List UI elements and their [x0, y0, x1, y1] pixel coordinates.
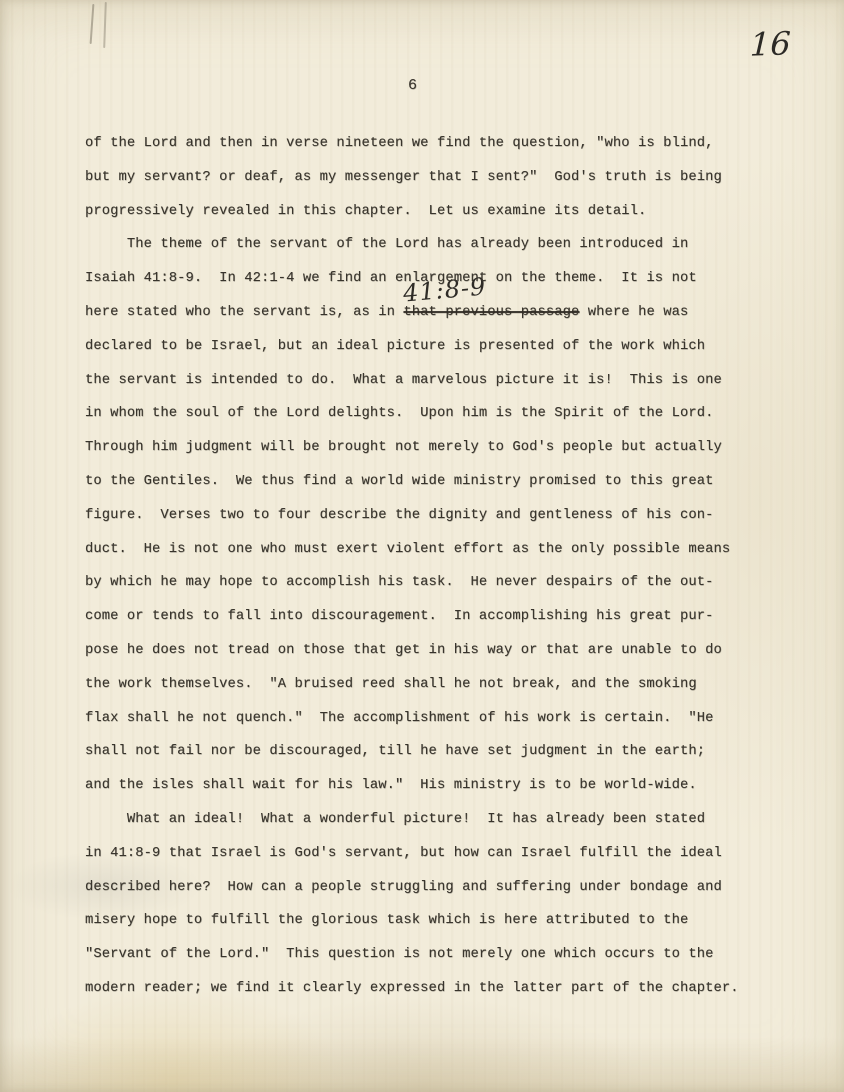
text-line-segment: here stated who the servant is, as in — [85, 305, 403, 320]
body-text: of the Lord and then in verse nineteen w… — [85, 127, 765, 1006]
text-line: misery hope to fulfill the glorious task… — [85, 904, 765, 938]
text-line: Isaiah 41:8-9. In 42:1-4 we find an enla… — [85, 262, 765, 296]
text-line: to the Gentiles. We thus find a world wi… — [85, 465, 765, 499]
text-line: pose he does not tread on those that get… — [85, 634, 765, 668]
text-line: in whom the soul of the Lord delights. U… — [85, 397, 765, 431]
text-line: and the isles shall wait for his law." H… — [85, 769, 765, 803]
text-line: duct. He is not one who must exert viole… — [85, 533, 765, 567]
text-line: What an ideal! What a wonderful picture!… — [85, 803, 765, 837]
text-line: shall not fail nor be discouraged, till … — [85, 735, 765, 769]
pencil-mark — [90, 4, 95, 44]
struck-text: that previous passage — [403, 305, 579, 320]
text-line: by which he may hope to accomplish his t… — [85, 566, 765, 600]
pencil-mark — [103, 2, 107, 48]
text-line: Through him judgment will be brought not… — [85, 431, 765, 465]
text-line: figure. Verses two to four describe the … — [85, 499, 765, 533]
document-page: 16 6 41:8-9 of the Lord and then in vers… — [0, 0, 844, 1092]
text-line: modern reader; we find it clearly expres… — [85, 972, 765, 1006]
text-line: the servant is intended to do. What a ma… — [85, 364, 765, 398]
text-line: come or tends to fall into discouragemen… — [85, 600, 765, 634]
text-line: but my servant? or deaf, as my messenger… — [85, 161, 765, 195]
text-line: "Servant of the Lord." This question is … — [85, 938, 765, 972]
page-number: 6 — [408, 77, 417, 94]
text-line: the work themselves. "A bruised reed sha… — [85, 668, 765, 702]
text-line: described here? How can a people struggl… — [85, 871, 765, 905]
text-line: flax shall he not quench." The accomplis… — [85, 702, 765, 736]
text-line: of the Lord and then in verse nineteen w… — [85, 127, 765, 161]
text-line: The theme of the servant of the Lord has… — [85, 228, 765, 262]
text-line-with-strikethrough: here stated who the servant is, as in th… — [85, 296, 765, 330]
text-line: in 41:8-9 that Israel is God's servant, … — [85, 837, 765, 871]
text-line-segment: where he was — [579, 305, 688, 320]
handwritten-page-number: 16 — [749, 24, 791, 63]
text-line: progressively revealed in this chapter. … — [85, 195, 765, 229]
text-line: declared to be Israel, but an ideal pict… — [85, 330, 765, 364]
